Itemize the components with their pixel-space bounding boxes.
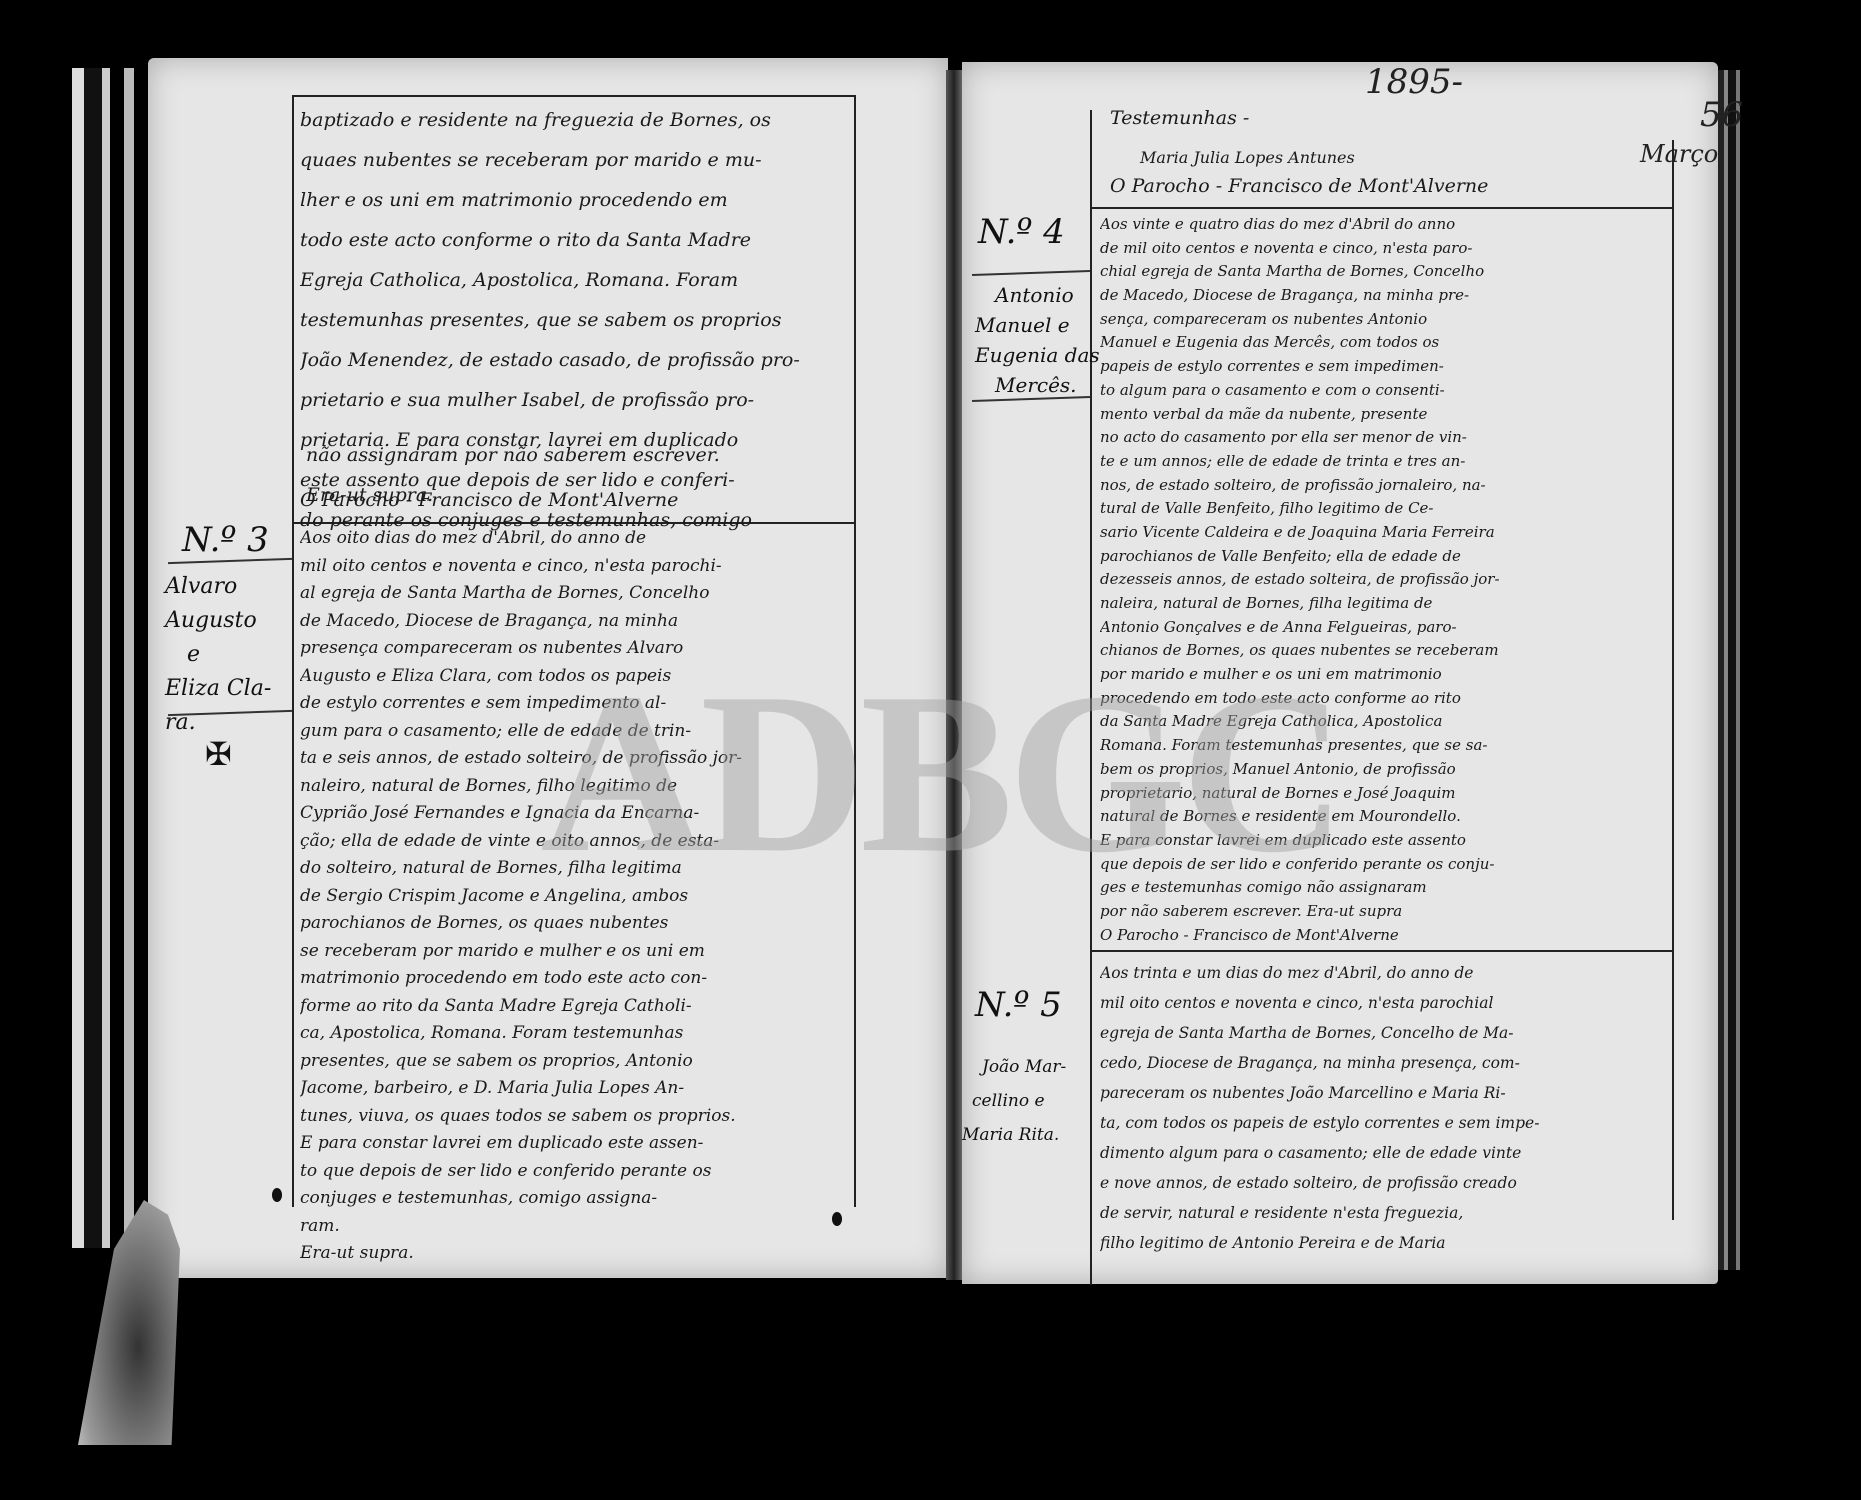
text-line: bem os proprios, Manuel Antonio, de prof… [1100,758,1670,782]
text-line: ção; ella de edade de vinte e oito annos… [300,828,845,856]
text-line: naleira, natural de Bornes, filha legiti… [1100,592,1670,616]
text-line: no acto do casamento por ella ser menor … [1100,426,1670,450]
text-line: Romana. Foram testemunhas presentes, que… [1100,734,1670,758]
margin-name: cellino e [962,1084,1066,1118]
text-line: mil oito centos e noventa e cinco, n'est… [1100,988,1670,1018]
text-line: ca, Apostolica, Romana. Foram testemunha… [300,1020,845,1048]
entry-3-text: Aos oito dias do mez d'Abril, do anno de… [300,525,845,1268]
text-line: e nove annos, de estado solteiro, de pro… [1100,1168,1670,1198]
text-line: nos, de estado solteiro, de profissão jo… [1100,474,1670,498]
text-line: sença, compareceram os nubentes Antonio [1100,308,1670,332]
signature-line: O Parocho - Francisco de Mont'Alverne [1110,166,1670,206]
text-line: Manuel e Eugenia das Mercês, com todos o… [1100,331,1670,355]
text-line: mil oito centos e noventa e cinco, n'est… [300,553,845,581]
text-line: mento verbal da mãe da nubente, presente [1100,403,1670,427]
text-line: Aos trinta e um dias do mez d'Abril, do … [1100,958,1670,988]
entry-4-text: Aos vinte e quatro dias do mez d'Abril d… [1100,213,1670,947]
text-line: al egreja de Santa Martha de Bornes, Con… [300,580,845,608]
signature-line: O Parocho - Francisco de Mont'Alverne [1100,924,1670,948]
text-line: to algum para o casamento e com o consen… [1100,379,1670,403]
text-line: tural de Valle Benfeito, filho legitimo … [1100,497,1670,521]
text-line: chial egreja de Santa Martha de Bornes, … [1100,260,1670,284]
margin-name: Eugenia das [975,340,1100,370]
text-line: Jacome, barbeiro, e D. Maria Julia Lopes… [300,1075,845,1103]
text-line: papeis de estylo correntes e sem impedim… [1100,355,1670,379]
text-line: prietario e sua mulher Isabel, de profis… [300,380,845,420]
text-line: lher e os uni em matrimonio procedendo e… [300,180,845,220]
text-line: todo este acto conforme o rito da Santa … [300,220,845,260]
text-line: de Macedo, Diocese de Bragança, na minha [300,608,845,636]
text-line: de estylo correntes e sem impedimento al… [300,690,845,718]
text-line: proprietario, natural de Bornes e José J… [1100,782,1670,806]
text-line: por marido e mulher e os uni em matrimon… [1100,663,1670,687]
cross-mark-icon: ✠ [205,735,232,773]
parish-priest-signature: O Parocho - Francisco de Mont'Alverne [300,480,840,520]
text-line: matrimonio procedendo em todo este acto … [300,965,845,993]
witnesses-heading: Testemunhas - [1110,98,1670,138]
text-line: de Macedo, Diocese de Bragança, na minha… [1100,284,1670,308]
book-binding-left [64,68,148,1248]
text-line: baptizado e residente na freguezia de Bo… [300,100,845,140]
text-line: parochianos de Bornes, os quaes nubentes [300,910,845,938]
text-line: Cyprião José Fernandes e Ignacia da Enca… [300,800,845,828]
text-line: se receberam por marido e mulher e os un… [300,938,845,966]
text-line: de servir, natural e residente n'esta fr… [1100,1198,1670,1228]
margin-name: Manuel e [975,310,1100,340]
text-line: dezesseis annos, de estado solteira, de … [1100,568,1670,592]
ink-blot [832,1212,842,1226]
text-line: to que depois de ser lido e conferido pe… [300,1158,845,1186]
text-line: da Santa Madre Egreja Catholica, Apostol… [1100,710,1670,734]
text-line: egreja de Santa Martha de Bornes, Concel… [1100,1018,1670,1048]
margin-name: e [165,638,271,672]
text-line: ram. [300,1213,845,1241]
text-line: Aos vinte e quatro dias do mez d'Abril d… [1100,213,1670,237]
text-line: de mil oito centos e noventa e cinco, n'… [1100,237,1670,261]
text-line: dimento algum para o casamento; elle de … [1100,1138,1670,1168]
margin-name: Mercês. [975,370,1100,400]
text-line: Era-ut supra. [300,1240,845,1268]
text-line: Egreja Catholica, Apostolica, Romana. Fo… [300,260,845,300]
entry-5-text: Aos trinta e um dias do mez d'Abril, do … [1100,958,1670,1258]
right-entry-divider [1090,950,1674,952]
book-binding-right [1718,70,1758,1270]
text-line: Aos oito dias do mez d'Abril, do anno de [300,525,845,553]
text-line: gum para o casamento; elle de edade de t… [300,718,845,746]
text-line: de Sergio Crispim Jacome e Angelina, amb… [300,883,845,911]
text-line: Augusto e Eliza Clara, com todos os pape… [300,663,845,691]
margin-name: Maria Rita. [962,1118,1066,1152]
text-line: ges e testemunhas comigo não assignaram [1100,876,1670,900]
text-line: conjuges e testemunhas, comigo assigna- [300,1185,845,1213]
text-line: natural de Bornes e residente em Mourond… [1100,805,1670,829]
text-line: te e um annos; elle de edade de trinta e… [1100,450,1670,474]
text-line: procedendo em todo este acto conforme ao… [1100,687,1670,711]
ink-blot [272,1188,282,1202]
text-line: sario Vicente Caldeira e de Joaquina Mar… [1100,521,1670,545]
text-line: filho legitimo de Antonio Pereira e de M… [1100,1228,1670,1258]
text-line: presentes, que se sabem os proprios, Ant… [300,1048,845,1076]
margin-name: Eliza Cla- [165,672,271,706]
text-line: não assignaram por não saberem escrever. [306,435,846,475]
margin-name: Antonio [975,280,1100,310]
text-line: chianos de Bornes, os quaes nubentes se … [1100,639,1670,663]
text-line: ta e seis annos, de estado solteiro, de … [300,745,845,773]
text-line: Antonio Gonçalves e de Anna Felgueiras, … [1100,616,1670,640]
text-line: presença compareceram os nubentes Alvaro [300,635,845,663]
entry-number-3: N.º 3 [182,520,269,560]
text-line: que depois de ser lido e conferido peran… [1100,853,1670,877]
text-line: E para constar lavrei em duplicado este … [1100,829,1670,853]
text-line: João Menendez, de estado casado, de prof… [300,340,845,380]
right-continuation-text: Testemunhas - Maria Julia Lopes Antunes … [1110,98,1670,206]
text-line: pareceram os nubentes João Marcellino e … [1100,1078,1670,1108]
text-line: forme ao rito da Santa Madre Egreja Cath… [300,993,845,1021]
entry-5-names: João Mar- cellino e Maria Rita. [962,1050,1066,1152]
year-header: 1895- [1365,62,1463,102]
entry-4-names: Antonio Manuel e Eugenia das Mercês. [975,280,1100,400]
right-entry-divider [1090,207,1674,209]
book-spine [946,70,962,1280]
text-line: ta, com todos os papeis de estylo corren… [1100,1108,1670,1138]
margin-name: Alvaro [165,570,271,604]
right-frame-edge [1672,140,1674,1220]
text-line: quaes nubentes se receberam por marido e… [300,140,845,180]
margin-name: Augusto [165,604,271,638]
text-line: do solteiro, natural de Bornes, filha le… [300,855,845,883]
entry-3-names: Alvaro Augusto e Eliza Cla- ra. [165,570,271,740]
text-line: parochianos de Valle Benfeito; ella de e… [1100,545,1670,569]
entry-number-4: N.º 4 [978,212,1065,252]
text-line: cedo, Diocese de Bragança, na minha pres… [1100,1048,1670,1078]
entry-number-5: N.º 5 [975,985,1062,1025]
text-line: naleiro, natural de Bornes, filho legiti… [300,773,845,801]
page-number: 56 [1700,95,1743,135]
margin-name: João Mar- [962,1050,1066,1084]
signature-line: O Parocho - Francisco de Mont'Alverne [300,480,840,520]
text-line: E para constar lavrei em duplicado este … [300,1130,845,1158]
text-line: tunes, viuva, os quaes todos se sabem os… [300,1103,845,1131]
text-line: testemunhas presentes, que se sabem os p… [300,300,845,340]
text-line: por não saberem escrever. Era-ut supra [1100,900,1670,924]
